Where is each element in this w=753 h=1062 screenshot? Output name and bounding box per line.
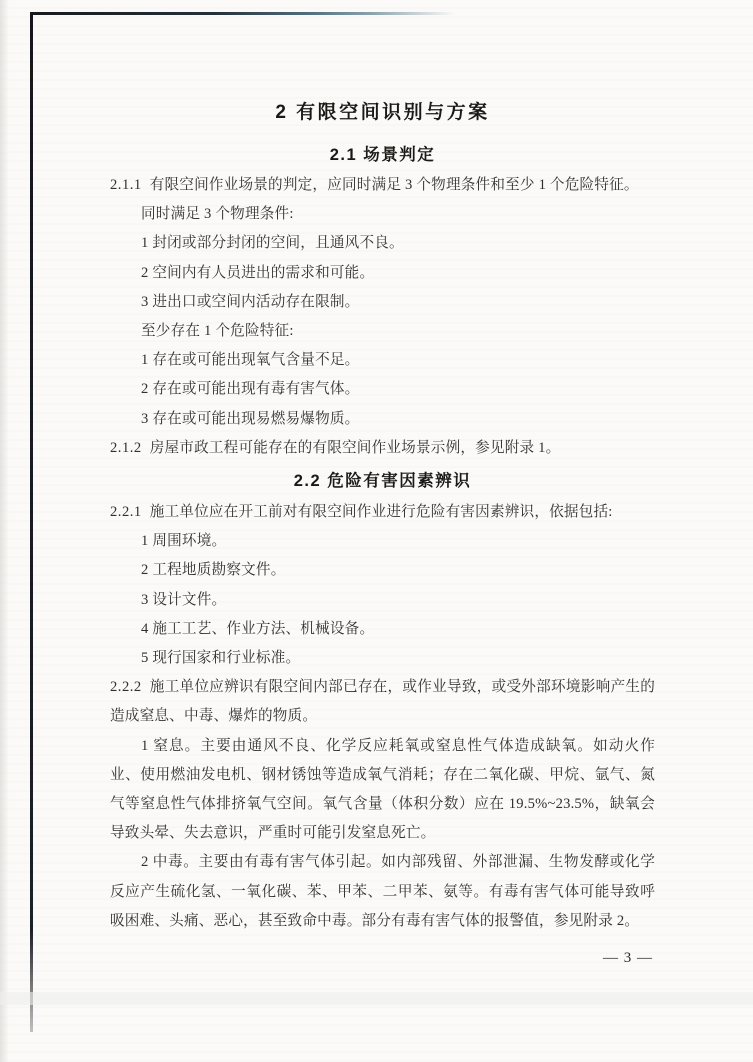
list-item: 1 存在或可能出现氧气含量不足。 xyxy=(110,346,655,375)
list-item: 3 设计文件。 xyxy=(110,586,655,615)
clause-2-2-2-text: 施工单位应辨识有限空间内部已存在，或作业导致，或受外部环境影响产生的造成窒息、中… xyxy=(110,679,655,724)
list-item: 3 进出口或空间内活动存在限制。 xyxy=(110,288,655,317)
asphyxiation-paragraph: 1 窒息。主要由通风不良、化学反应耗氧或窒息性气体造成缺氧。如动火作业、使用燃油… xyxy=(110,732,655,849)
list-item: 2 空间内有人员进出的需求和可能。 xyxy=(110,259,655,288)
poisoning-paragraph: 2 中毒。主要由有毒有害气体引起。如内部残留、外部泄漏、生物发酵或化学反应产生硫… xyxy=(110,848,655,936)
clause-2-1-1-number: 2.1.1 xyxy=(110,177,142,193)
chapter-heading: 2 有限空间识别与方案 xyxy=(110,99,655,126)
list-item: 2 工程地质勘察文件。 xyxy=(110,556,655,585)
hazard-features-intro: 至少存在 1 个危险特征: xyxy=(110,317,655,346)
clause-2-2-1: 2.2.1施工单位应在开工前对有限空间作业进行危险有害因素辨识，依据包括: xyxy=(110,498,655,527)
scan-artifact-band xyxy=(0,992,753,1005)
clause-2-1-2-number: 2.1.2 xyxy=(110,440,142,456)
list-item: 1 封闭或部分封闭的空间，且通风不良。 xyxy=(110,229,655,258)
clause-2-1-2-text: 房屋市政工程可能存在的有限空间作业场景示例，参见附录 1。 xyxy=(150,440,561,456)
clause-2-1-1-text: 有限空间作业场景的判定，应同时满足 3 个物理条件和至少 1 个危险特征。 xyxy=(150,177,639,193)
clause-2-1-1: 2.1.1有限空间作业场景的判定，应同时满足 3 个物理条件和至少 1 个危险特… xyxy=(110,171,655,200)
scan-border-left xyxy=(30,12,33,1032)
document-content: 2 有限空间识别与方案 2.1 场景判定 2.1.1有限空间作业场景的判定，应同… xyxy=(110,0,655,967)
section-2-2-heading: 2.2 危险有害因素辨识 xyxy=(110,468,655,494)
scanned-document-page: 2 有限空间识别与方案 2.1 场景判定 2.1.1有限空间作业场景的判定，应同… xyxy=(0,0,753,1062)
clause-2-2-1-number: 2.2.1 xyxy=(110,504,142,520)
list-item: 4 施工工艺、作业方法、机械设备。 xyxy=(110,615,655,644)
list-item: 3 存在或可能出现易燃易爆物质。 xyxy=(110,405,655,434)
clause-2-2-1-text: 施工单位应在开工前对有限空间作业进行危险有害因素辨识，依据包括: xyxy=(150,504,613,520)
list-item: 1 周围环境。 xyxy=(110,527,655,556)
scan-edge-shadow xyxy=(0,0,9,1062)
section-2-1-heading: 2.1 场景判定 xyxy=(110,142,655,168)
page-number: — 3 — xyxy=(110,950,655,967)
clause-2-1-2: 2.1.2房屋市政工程可能存在的有限空间作业场景示例，参见附录 1。 xyxy=(110,434,655,463)
clause-2-2-2-number: 2.2.2 xyxy=(110,679,142,695)
list-item: 5 现行国家和行业标准。 xyxy=(110,644,655,673)
clause-2-2-2: 2.2.2施工单位应辨识有限空间内部已存在，或作业导致，或受外部环境影响产生的造… xyxy=(110,673,655,731)
list-item: 2 存在或可能出现有毒有害气体。 xyxy=(110,375,655,404)
physical-conditions-intro: 同时满足 3 个物理条件: xyxy=(110,200,655,229)
